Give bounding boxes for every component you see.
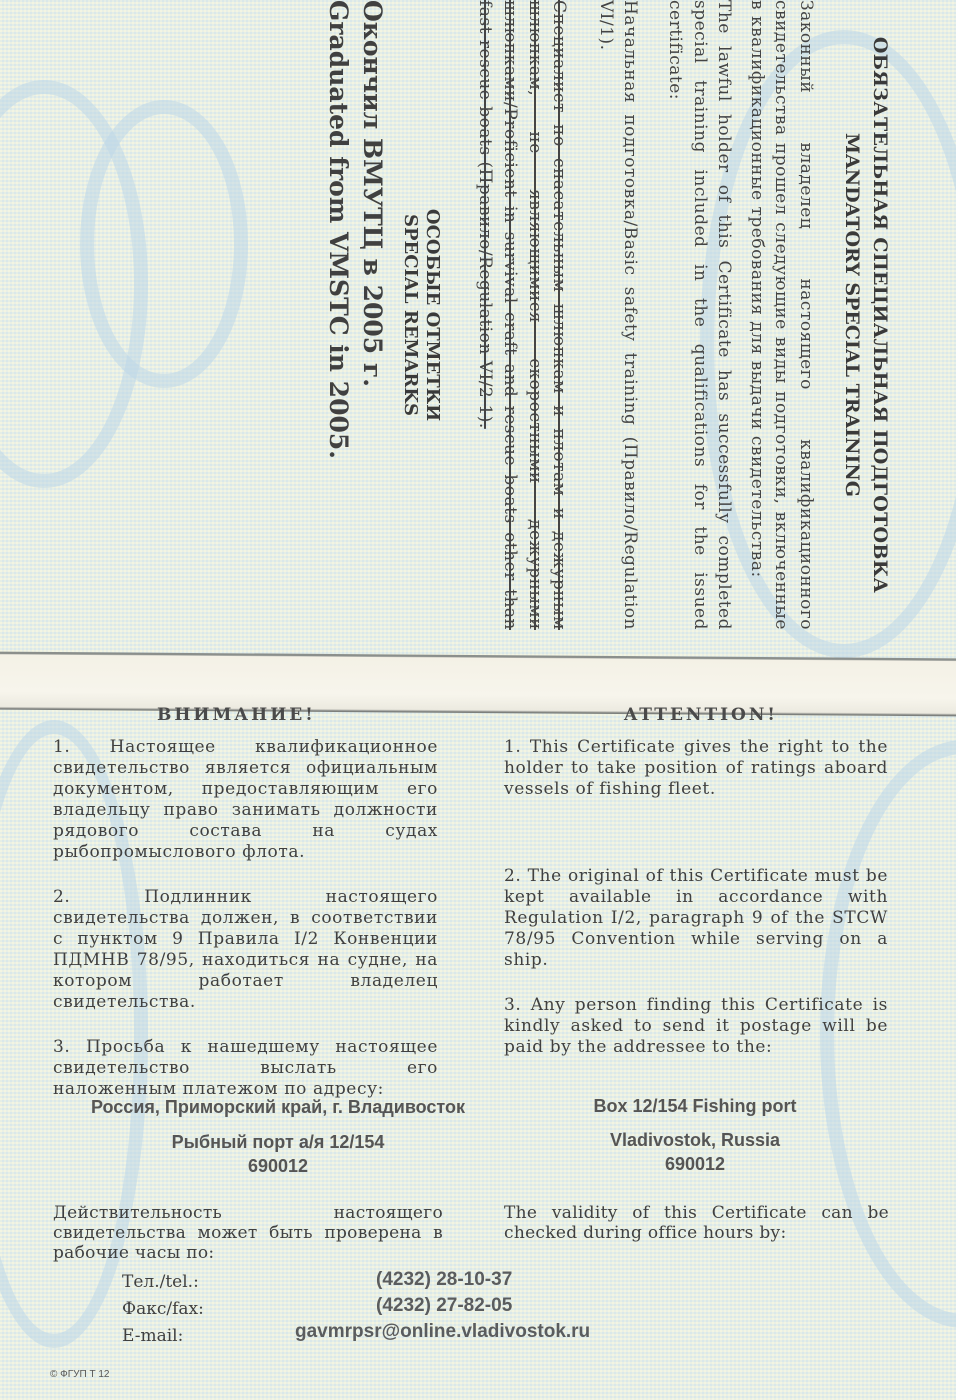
validity-text-ru: Действительность настоящего свидетельств… bbox=[53, 1203, 443, 1263]
attention-item-ru: 1. Настоящее квалификационное свидетельс… bbox=[53, 737, 438, 863]
special-remarks-title-ru: ОСОБЫЕ ОТМЕТКИ bbox=[421, 0, 443, 630]
address-ru-line2: Рыбный порт а/я 12/154 bbox=[48, 1132, 508, 1153]
email-label: E-mail: bbox=[122, 1326, 183, 1346]
basic-safety-training: Начальная подготовка/Basic safety traini… bbox=[593, 0, 642, 630]
special-remark-ru: Окончил ВМУТЦ в 2005 г. bbox=[355, 0, 389, 630]
address-ru-zip: 690012 bbox=[48, 1156, 508, 1177]
address-en-line1: Box 12/154 Fishing port bbox=[510, 1096, 880, 1117]
email-value: gavmrpsr@online.vladivostok.ru bbox=[295, 1321, 590, 1343]
printer-imprint: © ФГУП Т 12 bbox=[50, 1369, 110, 1380]
address-en-line2: Vladivostok, Russia bbox=[510, 1130, 880, 1151]
attention-column-en: 1. This Certificate gives the right to t… bbox=[504, 737, 888, 1082]
address-ru-line1: Россия, Приморский край, г. Владивосток bbox=[48, 1097, 508, 1118]
tel-value: (4232) 28-10-37 bbox=[376, 1269, 512, 1291]
attention-heading-en: ATTENTION! bbox=[624, 705, 778, 725]
attention-page: ВНИМАНИЕ! ATTENTION! 1. Настоящее квалиф… bbox=[0, 713, 956, 1400]
attention-column-ru: 1. Настоящее квалификационное свидетельс… bbox=[53, 737, 438, 1124]
special-remark-en: Graduated from VMSTC in 2005. bbox=[321, 0, 355, 630]
attention-item-ru: 3. Просьба к нашедшему настоящее свидете… bbox=[53, 1037, 438, 1100]
attention-heading-ru: ВНИМАНИЕ! bbox=[157, 705, 316, 725]
tel-label: Тел./tel.: bbox=[122, 1272, 199, 1292]
attention-item-en: 3. Any person finding this Certificate i… bbox=[504, 995, 888, 1058]
attention-item-ru: 2. Подлинник настоящего свидетельства до… bbox=[53, 887, 438, 1013]
fax-value: (4232) 27-82-05 bbox=[376, 1295, 512, 1317]
survival-craft-training-struck: Специалист по спасательным шлюпкам и пло… bbox=[473, 0, 571, 630]
fax-label: Факс/fax: bbox=[122, 1299, 204, 1319]
mandatory-training-title-ru: ОБЯЗАТЕЛЬНАЯ СПЕЦИАЛЬНАЯ ПОДГОТОВКА bbox=[866, 0, 894, 630]
intro-ru: Законный владелец настоящего квалификаци… bbox=[744, 0, 818, 630]
mandatory-training-title-en: MANDATORY SPECIAL TRAINING bbox=[838, 0, 866, 630]
attention-item-en: 1. This Certificate gives the right to t… bbox=[504, 737, 888, 800]
special-remarks-title-en: SPECIAL REMARKS bbox=[399, 0, 421, 630]
mandatory-training-page: ОБЯЗАТЕЛЬНАЯ СПЕЦИАЛЬНАЯ ПОДГОТОВКА MAND… bbox=[0, 0, 956, 655]
validity-text-en: The validity of this Certificate can be … bbox=[504, 1203, 889, 1243]
lamination-strip bbox=[0, 652, 956, 717]
address-en-zip: 690012 bbox=[510, 1154, 880, 1175]
intro-en: The lawful holder of this Certificate ha… bbox=[662, 0, 736, 630]
attention-item-en: 2. The original of this Certificate must… bbox=[504, 866, 888, 971]
